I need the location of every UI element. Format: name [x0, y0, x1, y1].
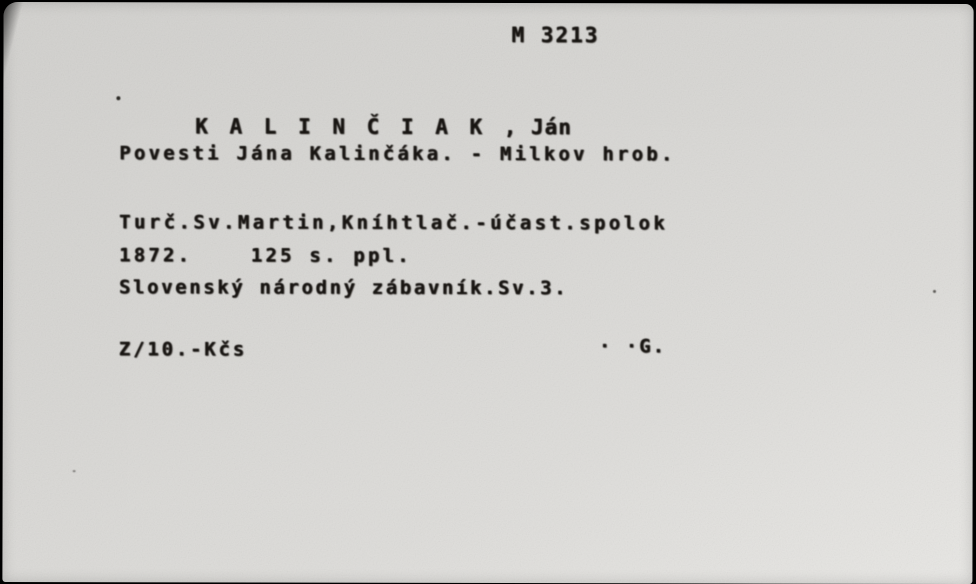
author-surname: K A L I N Č I A K , [195, 114, 521, 139]
price-line: Z/10.-Kčs [119, 338, 247, 360]
scan-corner-shadow [2, 2, 25, 113]
catalog-card-paper: M 3213 K A L I N Č I A K ,Ján Povesti Já… [2, 2, 973, 584]
annotation-mark: · ·G. [599, 335, 666, 357]
imprint-year-pages-line: 1872. 125 s. ppl. [119, 244, 412, 267]
title-line: Povesti Jána Kalinčáka. - Milkov hrob. [119, 142, 675, 165]
author-forename: Ján [531, 115, 572, 139]
accession-number: M 3213 [512, 23, 600, 47]
scanned-catalog-card: M 3213 K A L I N Č I A K ,Ján Povesti Já… [0, 0, 976, 584]
series-line: Slovenský národný zábavník.Sv.3. [119, 276, 568, 299]
ink-speck [73, 470, 76, 472]
ink-speck [116, 96, 120, 100]
ink-speck [933, 290, 936, 293]
imprint-publisher-line: Turč.Sv.Martin,Kníhtlač.-účast.spolok [119, 211, 668, 234]
